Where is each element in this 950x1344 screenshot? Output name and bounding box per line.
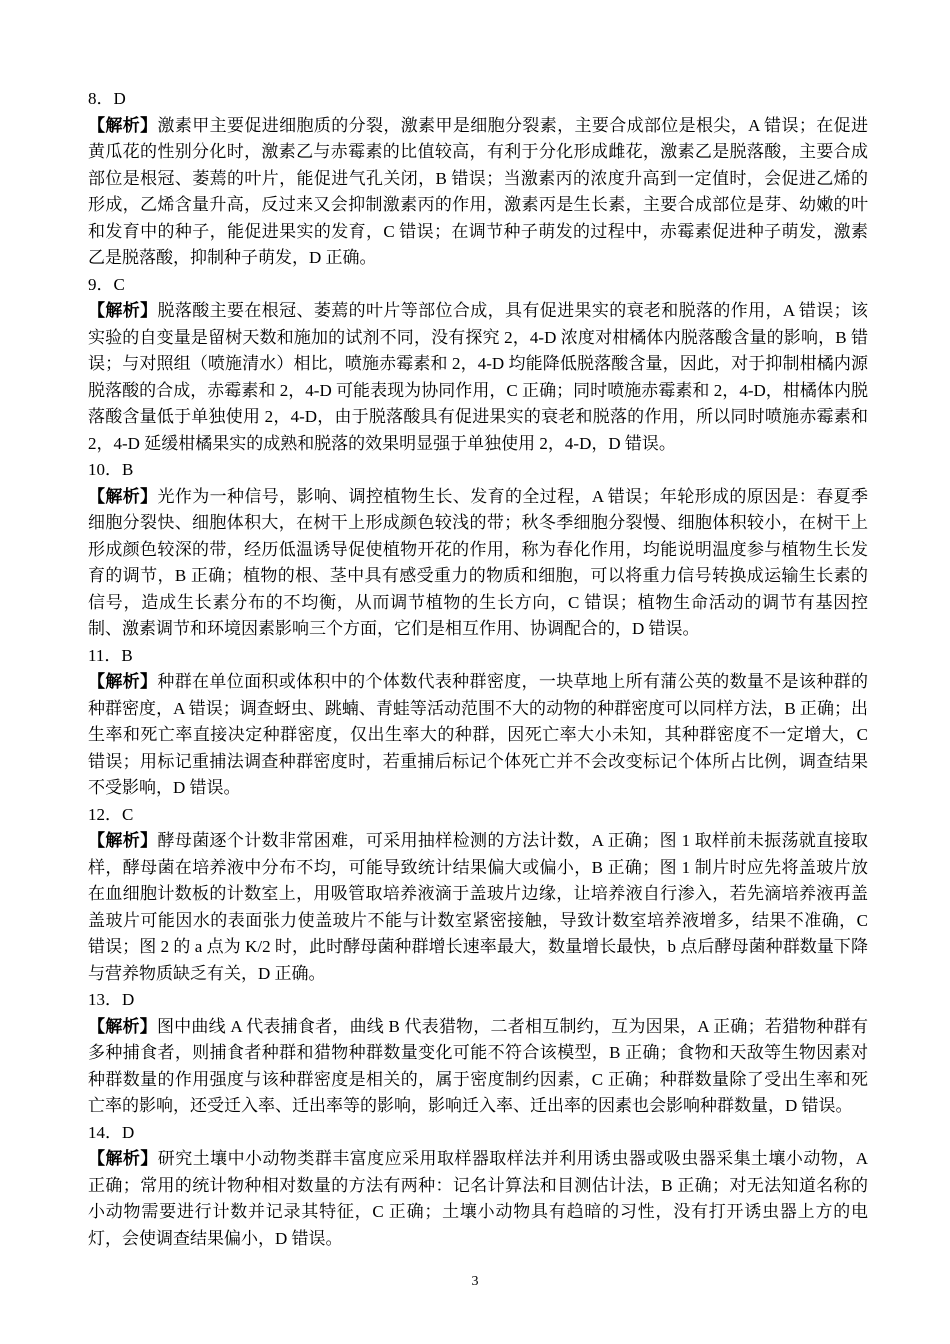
number-separator: ． <box>105 460 122 479</box>
answer-section-10: 10．B 【解析】光作为一种信号，影响、调控植物生长、发育的全过程，A 错误；年… <box>88 457 868 643</box>
explanation-text: 酵母菌逐个计数非常困难，可采用抽样检测的方法计数，A 正确；图 1 取样前未振荡… <box>88 831 868 983</box>
answer-heading: 8．D <box>88 86 868 113</box>
explanation-text: 图中曲线 A 代表捕食者，曲线 B 代表猎物，二者相互制约，互为因果，A 正确；… <box>88 1017 868 1116</box>
number-separator: ． <box>97 89 114 108</box>
answer-section-14: 14．D 【解析】研究土壤中小动物类群丰富度应采用取样器取样法并利用诱虫器或吸虫… <box>88 1120 868 1253</box>
question-number: 14 <box>88 1123 105 1142</box>
question-number: 13 <box>88 990 105 1009</box>
answer-letter: D <box>122 1123 134 1142</box>
answer-letter: D <box>114 89 126 108</box>
page-footer: 3 <box>0 1272 950 1292</box>
answer-section-9: 9．C 【解析】脱落酸主要在根冠、萎蔫的叶片等部位合成，具有促进果实的衰老和脱落… <box>88 272 868 458</box>
explanation-text: 光作为一种信号，影响、调控植物生长、发育的全过程，A 错误；年轮形成的原因是：春… <box>88 487 868 639</box>
answer-letter: B <box>122 460 133 479</box>
number-separator: ． <box>97 275 114 294</box>
explanation-text: 激素甲主要促进细胞质的分裂，激素甲是细胞分裂素，主要合成部位是根尖，A 错误；在… <box>88 116 868 268</box>
answer-explanation: 【解析】酵母菌逐个计数非常困难，可采用抽样检测的方法计数，A 正确；图 1 取样… <box>88 828 868 987</box>
analysis-label: 【解析】 <box>88 1149 158 1168</box>
number-separator: ． <box>104 646 121 665</box>
question-number: 9 <box>88 275 97 294</box>
answer-key-content: 8．D 【解析】激素甲主要促进细胞质的分裂，激素甲是细胞分裂素，主要合成部位是根… <box>88 86 868 1252</box>
answer-section-11: 11．B 【解析】种群在单位面积或体积中的个体数代表种群密度，一块草地上所有蒲公… <box>88 643 868 802</box>
answer-explanation: 【解析】激素甲主要促进细胞质的分裂，激素甲是细胞分裂素，主要合成部位是根尖，A … <box>88 113 868 272</box>
answer-letter: C <box>114 275 125 294</box>
explanation-text: 研究土壤中小动物类群丰富度应采用取样器取样法并利用诱虫器或吸虫器采集土壤小动物，… <box>88 1149 868 1248</box>
answer-heading: 9．C <box>88 272 868 299</box>
answer-explanation: 【解析】图中曲线 A 代表捕食者，曲线 B 代表猎物，二者相互制约，互为因果，A… <box>88 1014 868 1120</box>
analysis-label: 【解析】 <box>88 116 158 135</box>
answer-explanation: 【解析】光作为一种信号，影响、调控植物生长、发育的全过程，A 错误；年轮形成的原… <box>88 484 868 643</box>
answer-letter: D <box>122 990 134 1009</box>
analysis-label: 【解析】 <box>88 301 158 320</box>
answer-explanation: 【解析】脱落酸主要在根冠、萎蔫的叶片等部位合成，具有促进果实的衰老和脱落的作用，… <box>88 298 868 457</box>
answer-section-12: 12．C 【解析】酵母菌逐个计数非常困难，可采用抽样检测的方法计数，A 正确；图… <box>88 802 868 988</box>
answer-explanation: 【解析】种群在单位面积或体积中的个体数代表种群密度，一块草地上所有蒲公英的数量不… <box>88 669 868 802</box>
answer-heading: 12．C <box>88 802 868 829</box>
number-separator: ． <box>105 990 122 1009</box>
explanation-text: 脱落酸主要在根冠、萎蔫的叶片等部位合成，具有促进果实的衰老和脱落的作用，A 错误… <box>88 301 868 453</box>
page-number: 3 <box>472 1274 479 1289</box>
answer-heading: 14．D <box>88 1120 868 1147</box>
answer-heading: 11．B <box>88 643 868 670</box>
answer-heading: 10．B <box>88 457 868 484</box>
number-separator: ． <box>105 805 122 824</box>
analysis-label: 【解析】 <box>88 1017 157 1036</box>
question-number: 12 <box>88 805 105 824</box>
answer-letter: B <box>121 646 132 665</box>
analysis-label: 【解析】 <box>88 487 158 506</box>
explanation-text: 种群在单位面积或体积中的个体数代表种群密度，一块草地上所有蒲公英的数量不是该种群… <box>88 672 868 797</box>
answer-letter: C <box>122 805 133 824</box>
number-separator: ． <box>105 1123 122 1142</box>
question-number: 8 <box>88 89 97 108</box>
answer-section-8: 8．D 【解析】激素甲主要促进细胞质的分裂，激素甲是细胞分裂素，主要合成部位是根… <box>88 86 868 272</box>
document-page: 8．D 【解析】激素甲主要促进细胞质的分裂，激素甲是细胞分裂素，主要合成部位是根… <box>0 0 950 1344</box>
analysis-label: 【解析】 <box>88 672 157 691</box>
answer-explanation: 【解析】研究土壤中小动物类群丰富度应采用取样器取样法并利用诱虫器或吸虫器采集土壤… <box>88 1146 868 1252</box>
analysis-label: 【解析】 <box>88 831 157 850</box>
question-number: 10 <box>88 460 105 479</box>
answer-section-13: 13．D 【解析】图中曲线 A 代表捕食者，曲线 B 代表猎物，二者相互制约，互… <box>88 987 868 1120</box>
answer-heading: 13．D <box>88 987 868 1014</box>
question-number: 11 <box>88 646 104 665</box>
